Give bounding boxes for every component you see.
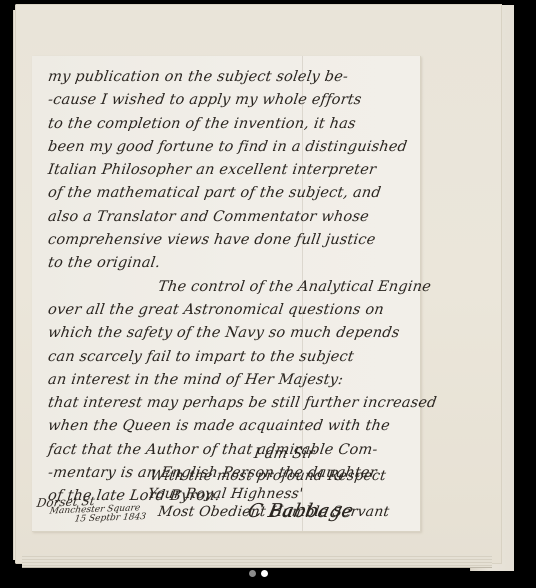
- pagination-dot-2[interactable]: [261, 570, 268, 577]
- letter-line: when the Queen is made acquainted with t…: [46, 415, 438, 438]
- carousel-pagination: [249, 570, 268, 577]
- letter-line: my publication on the subject solely be-: [46, 66, 438, 89]
- salutation: I am Sir: [253, 446, 316, 462]
- letter-line: comprehensive views have done full justi…: [46, 229, 438, 252]
- letter-line: -cause I wished to apply my whole effort…: [46, 89, 438, 112]
- letter-line: to the completion of the invention, it h…: [46, 113, 438, 136]
- letter-line: been my good fortune to find in a distin…: [46, 136, 438, 159]
- sender-address: Dorset St Manchester Square 15 Septbr 18…: [34, 492, 150, 526]
- letter-line: that interest may perhaps be still furth…: [46, 392, 438, 415]
- letter-line: which the safety of the Navy so much dep…: [46, 322, 438, 345]
- album-page-stack-bottom: [22, 554, 492, 568]
- letter-line: over all the great Astronomical question…: [46, 299, 438, 322]
- letter-body: my publication on the subject solely be-…: [48, 66, 436, 509]
- letter-line: Italian Philosopher an excellent interpr…: [46, 159, 438, 182]
- image-viewer: my publication on the subject solely be-…: [0, 0, 536, 588]
- letter-line: an interest in the mind of Her Majesty:: [46, 369, 438, 392]
- closing-line: With the most profound Respect: [149, 468, 387, 484]
- letter-line: The control of the Analytical Engine: [46, 276, 438, 299]
- letter-line: of the mathematical part of the subject,…: [46, 182, 438, 205]
- pagination-dot-1[interactable]: [249, 570, 256, 577]
- letter-line: also a Translator and Commentator whose: [46, 206, 438, 229]
- letter-line: to the original.: [46, 252, 438, 275]
- letter-line: can scarcely fail to impart to the subje…: [46, 346, 438, 369]
- signature: C Babbage: [246, 500, 356, 522]
- album-page: my publication on the subject solely be-…: [15, 4, 502, 564]
- manuscript-letter-sheet: my publication on the subject solely be-…: [32, 56, 421, 532]
- letter-line: fact that the Author of that admirable C…: [46, 439, 438, 462]
